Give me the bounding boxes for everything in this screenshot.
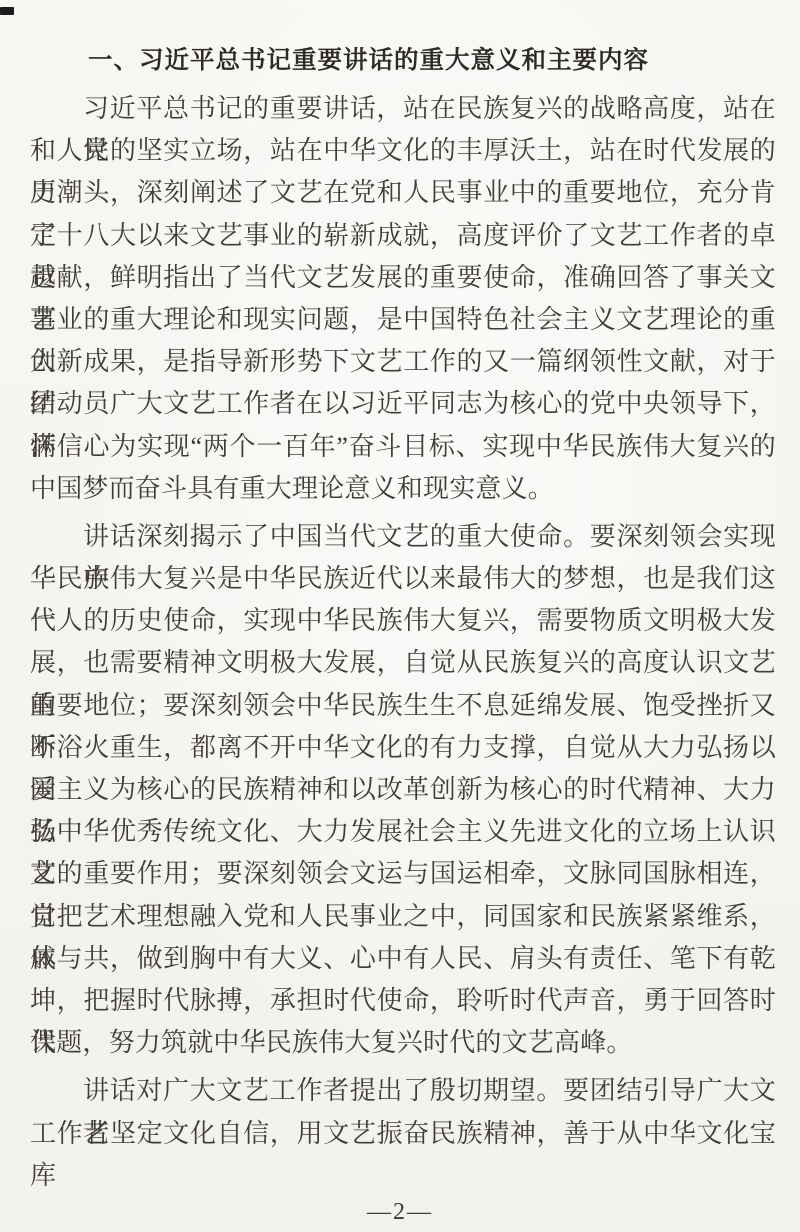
text-line: 史潮头，深刻阐述了文艺在党和人民事业中的重要地位，充分肯定 [30,172,776,214]
text-line: 戚与共，做到胸中有大义、心中有人民、肩头有责任、笔下有乾 [30,938,776,980]
text-line: 怀信心为实现“两个一百年”奋斗目标、实现中华民族伟大复兴的 [30,426,776,468]
section-heading: 一、习近平总书记重要讲话的重大意义和主要内容 [30,40,776,82]
text-line: 创新成果，是指导新形势下文艺工作的又一篇纲领性文献，对于团 [30,341,776,383]
text-line: 工作者坚定文化自信，用文艺振奋民族精神，善于从中华文化宝库 [30,1113,776,1155]
text-line: 和人民的坚实立场，站在中华文化的丰厚沃土，站在时代发展的历 [30,130,776,172]
text-line: 扬中华优秀传统文化、大力发展社会主义先进文化的立场上认识文 [30,811,776,853]
text-line: 习近平总书记的重要讲话，站在民族复兴的战略高度，站在党 [30,88,776,130]
text-line: 代人的历史使命，实现中华民族伟大复兴，需要物质文明极大发 [30,600,776,642]
text-line: 讲话深刻揭示了中国当代文艺的重大使命。要深刻领会实现中 [30,516,776,558]
text-line: 觉把艺术理想融入党和人民事业之中，同国家和民族紧紧维系，休 [30,896,776,938]
text-line: 国主义为核心的民族精神和以改革创新为核心的时代精神、大力弘 [30,769,776,811]
paragraph: 讲话深刻揭示了中国当代文艺的重大使命。要深刻领会实现中华民族伟大复兴是中华民族近… [30,516,776,1064]
text-line: 断浴火重生，都离不开中华文化的有力支撑，自觉从大力弘扬以爱 [30,727,776,769]
text-line: 课题，努力筑就中华民族伟大复兴时代的文艺高峰。 [30,1022,776,1064]
paragraph: 习近平总书记的重要讲话，站在民族复兴的战略高度，站在党和人民的坚实立场，站在中华… [30,88,776,510]
page-number: —2— [0,1199,800,1226]
paragraph: 讲话对广大文艺工作者提出了殷切期望。要团结引导广大文艺工作者坚定文化自信，用文艺… [30,1070,776,1154]
text-line: 讲话对广大文艺工作者提出了殷切期望。要团结引导广大文艺 [30,1070,776,1112]
text-line: 贡献，鲜明指出了当代文艺发展的重要使命，准确回答了事关文艺 [30,257,776,299]
document-page: 一、习近平总书记重要讲话的重大意义和主要内容 习近平总书记的重要讲话，站在民族复… [0,0,800,1232]
text-line: 展，也需要精神文明极大发展，自觉从民族复兴的高度认识文艺的 [30,642,776,684]
scan-artifact-mark [0,7,14,15]
text-line: 重要地位；要深刻领会中华民族生生不息延绵发展、饱受挫折又不 [30,685,776,727]
text-line: 艺的重要作用；要深刻领会文运与国运相牵，文脉同国脉相连，自 [30,853,776,895]
text-line: 事业的重大理论和现实问题，是中国特色社会主义文艺理论的重大 [30,299,776,341]
text-line: 了十八大以来文艺事业的崭新成就，高度评价了文艺工作者的卓越 [30,215,776,257]
text-line: 坤，把握时代脉搏，承担时代使命，聆听时代声音，勇于回答时代 [30,980,776,1022]
document-body: 习近平总书记的重要讲话，站在民族复兴的战略高度，站在党和人民的坚实立场，站在中华… [30,88,776,1155]
text-line: 结动员广大文艺工作者在以习近平同志为核心的党中央领导下，满 [30,383,776,425]
text-line: 华民族伟大复兴是中华民族近代以来最伟大的梦想，也是我们这一 [30,558,776,600]
text-line: 中国梦而奋斗具有重大理论意义和现实意义。 [30,468,776,510]
